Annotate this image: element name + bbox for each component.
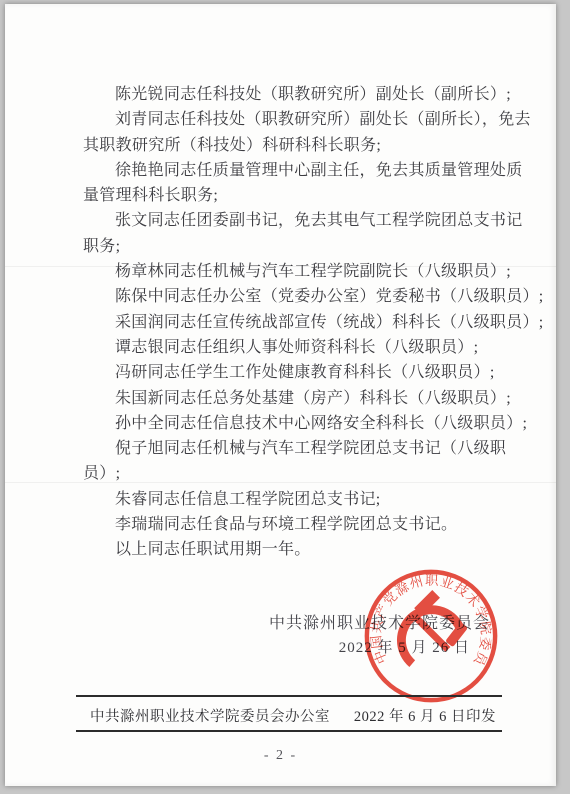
body-line: 倪子旭同志任机械与汽车工程学院团总支书记（八级职 bbox=[83, 436, 523, 461]
hammer-and-sickle-icon bbox=[401, 590, 467, 664]
body-line: 谭志银同志任组织人事处师资科科长（八级职员）; bbox=[83, 335, 523, 360]
body-line: 冯研同志任学生工作处健康教育科科长（八级职员）; bbox=[83, 360, 523, 385]
scanned-document-screenshot: { "document": { "kind": "official-notice… bbox=[0, 0, 570, 794]
seal-ring-text: 中国共产党滁州职业技术学院委员会 bbox=[357, 562, 494, 669]
body-line: 朱国新同志任总务处基建（房产）科科长（八级职员）; bbox=[83, 386, 523, 411]
seal-ring-text-holder: 中国共产党滁州职业技术学院委员会 bbox=[357, 562, 494, 669]
body-line: 量管理科科长职务; bbox=[83, 183, 523, 208]
footer-row: 中共滁州职业技术学院委员会办公室 2022 年 6 月 6 日印发 bbox=[76, 703, 502, 727]
footer-print-date: 2022 年 6 月 6 日印发 bbox=[354, 705, 502, 726]
body-line: 职务; bbox=[83, 234, 523, 259]
body-line: 李瑞瑞同志任食品与环境工程学院团总支书记。 bbox=[83, 512, 523, 537]
body-line: 徐艳艳同志任质量管理中心副主任，免去其质量管理处质 bbox=[83, 158, 523, 183]
body-line: 杨章林同志任机械与汽车工程学院副院长（八级职员）; bbox=[83, 259, 523, 284]
footer-bottom-rule bbox=[76, 730, 502, 732]
body-line: 以上同志任职试用期一年。 bbox=[83, 537, 523, 562]
body-line: 刘青同志任科技处（职教研究所）副处长（副所长），免去 bbox=[83, 107, 523, 132]
page-number: - 2 - bbox=[5, 748, 556, 764]
body-text: 陈光锐同志任科技处（职教研究所）副处长（副所长）;刘青同志任科技处（职教研究所）… bbox=[83, 82, 523, 563]
footer-top-rule bbox=[76, 695, 502, 697]
body-line: 张文同志任团委副书记，免去其电气工程学院团总支书记 bbox=[83, 208, 523, 233]
body-line: 员）; bbox=[83, 461, 523, 486]
official-seal: 中国共产党滁州职业技术学院委员会 bbox=[357, 562, 505, 710]
document-page: 陈光锐同志任科技处（职教研究所）副处长（副所长）;刘青同志任科技处（职教研究所）… bbox=[5, 4, 556, 786]
body-line: 孙中全同志任信息技术中心网络安全科科长（八级职员）; bbox=[83, 411, 523, 436]
body-line: 朱睿同志任信息工程学院团总支书记; bbox=[83, 487, 523, 512]
body-line: 采国润同志任宣传统战部宣传（统战）科科长（八级职员）; bbox=[83, 310, 523, 335]
body-line: 陈光锐同志任科技处（职教研究所）副处长（副所长）; bbox=[83, 82, 523, 107]
body-line: 其职教研究所（科技处）科研科科长职务; bbox=[83, 133, 523, 158]
body-line: 陈保中同志任办公室（党委办公室）党委秘书（八级职员）; bbox=[83, 284, 523, 309]
footer-issuer: 中共滁州职业技术学院委员会办公室 bbox=[76, 705, 330, 726]
